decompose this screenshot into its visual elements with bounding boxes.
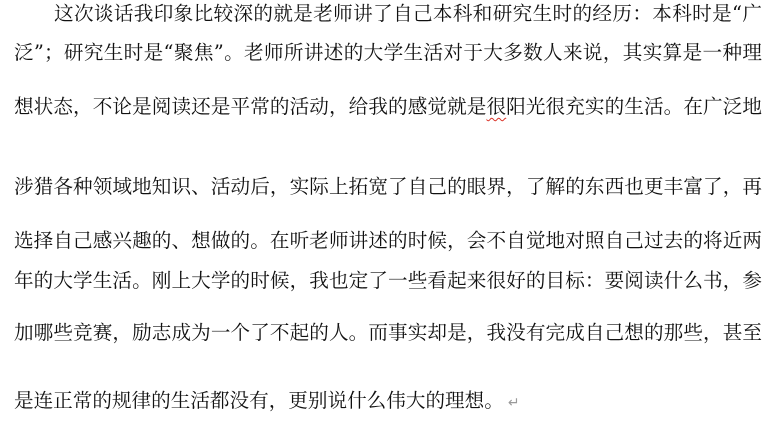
spellcheck-flagged-word[interactable]: 很 [486,95,506,118]
line-8-text: 是连正常的规律的生活都没有，更别说什么伟大的理想。 [14,389,504,412]
paragraph-line-7[interactable]: 加哪些竞赛，励志成为一个了不起的人。而事实却是，我没有完成自己想的那些，甚至 [14,318,762,348]
paragraph-line-3[interactable]: 想状态，不论是阅读还是平常的活动，给我的感觉就是很阳光很充实的生活。在广泛地 [14,92,762,122]
paragraph-line-6[interactable]: 年的大学生活。刚上大学的时候，我也定了一些看起来很好的目标：要阅读什么书，参 [14,266,762,296]
paragraph-line-2[interactable]: 泛”；研究生时是“聚焦”。老师所讲述的大学生活对于大多数人来说，其实算是一种理 [14,38,762,68]
document-page: 这次谈话我印象比较深的就是老师讲了自己本科和研究生时的经历：本科时是“广 泛”；… [0,0,771,427]
line-3-before: 想状态，不论是阅读还是平常的活动，给我的感觉就是 [14,95,486,118]
paragraph-line-4[interactable]: 涉猎各种领域地知识、活动后，实际上拓宽了自己的眼界，了解的东西也更丰富了，再 [14,172,762,202]
paragraph-mark-icon: ↵ [508,395,520,411]
paragraph-line-8[interactable]: 是连正常的规律的生活都没有，更别说什么伟大的理想。↵ [14,386,762,416]
paragraph-line-1[interactable]: 这次谈话我印象比较深的就是老师讲了自己本科和研究生时的经历：本科时是“广 [54,0,762,29]
line-3-after: 阳光很充实的生活。在广泛地 [506,95,762,118]
paragraph-line-5[interactable]: 选择自己感兴趣的、想做的。在听老师讲述的时候，会不自觉地对照自己过去的将近两 [14,226,762,256]
